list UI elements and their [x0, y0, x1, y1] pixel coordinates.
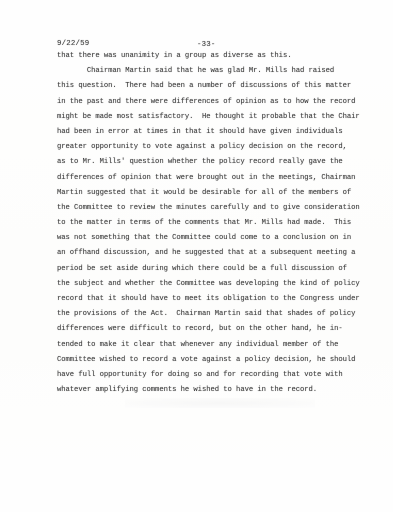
- document-body: that there was unanimity in a group as d…: [57, 49, 369, 398]
- document-line: had been in error at times in that it sh…: [57, 125, 369, 140]
- document-line: might be made most satisfactory. He thou…: [57, 110, 369, 125]
- document-line: period be set aside during which there c…: [57, 262, 369, 277]
- document-line: have full opportunity for doing so and f…: [57, 368, 369, 383]
- scan-smudge: [125, 398, 315, 408]
- document-line: Chairman Martin said that he was glad Mr…: [57, 64, 369, 79]
- document-line: Martin suggested that it would be desira…: [57, 186, 369, 201]
- document-line: the subject and whether the Committee wa…: [57, 277, 369, 292]
- document-line: greater opportunity to vote against a po…: [57, 140, 369, 155]
- document-line: differences were difficult to record, bu…: [57, 322, 369, 337]
- document-line: whatever amplifying comments he wished t…: [57, 383, 369, 398]
- document-line: record that it should have to meet its o…: [57, 292, 369, 307]
- document-page: 9/22/59 -33- that there was unanimity in…: [0, 0, 393, 512]
- document-line: an offhand discussion, and he suggested …: [57, 246, 369, 261]
- document-line: as to Mr. Mills' question whether the po…: [57, 155, 369, 170]
- document-line: Committee wished to record a vote agains…: [57, 353, 369, 368]
- document-line: the Committee to review the minutes care…: [57, 201, 369, 216]
- page-number: -33-: [197, 41, 216, 49]
- document-line: this question. There had been a number o…: [57, 79, 369, 94]
- document-line: tended to make it clear that whenever an…: [57, 338, 369, 353]
- document-line: differences of opinion that were brought…: [57, 171, 369, 186]
- document-line: the provisions of the Act. Chairman Mart…: [57, 307, 369, 322]
- document-line: to the matter in terms of the comments t…: [57, 216, 369, 231]
- document-line: that there was unanimity in a group as d…: [57, 49, 369, 64]
- document-line: in the past and there were differences o…: [57, 95, 369, 110]
- document-line: was not something that the Committee cou…: [57, 231, 369, 246]
- document-date: 9/22/59: [57, 40, 89, 48]
